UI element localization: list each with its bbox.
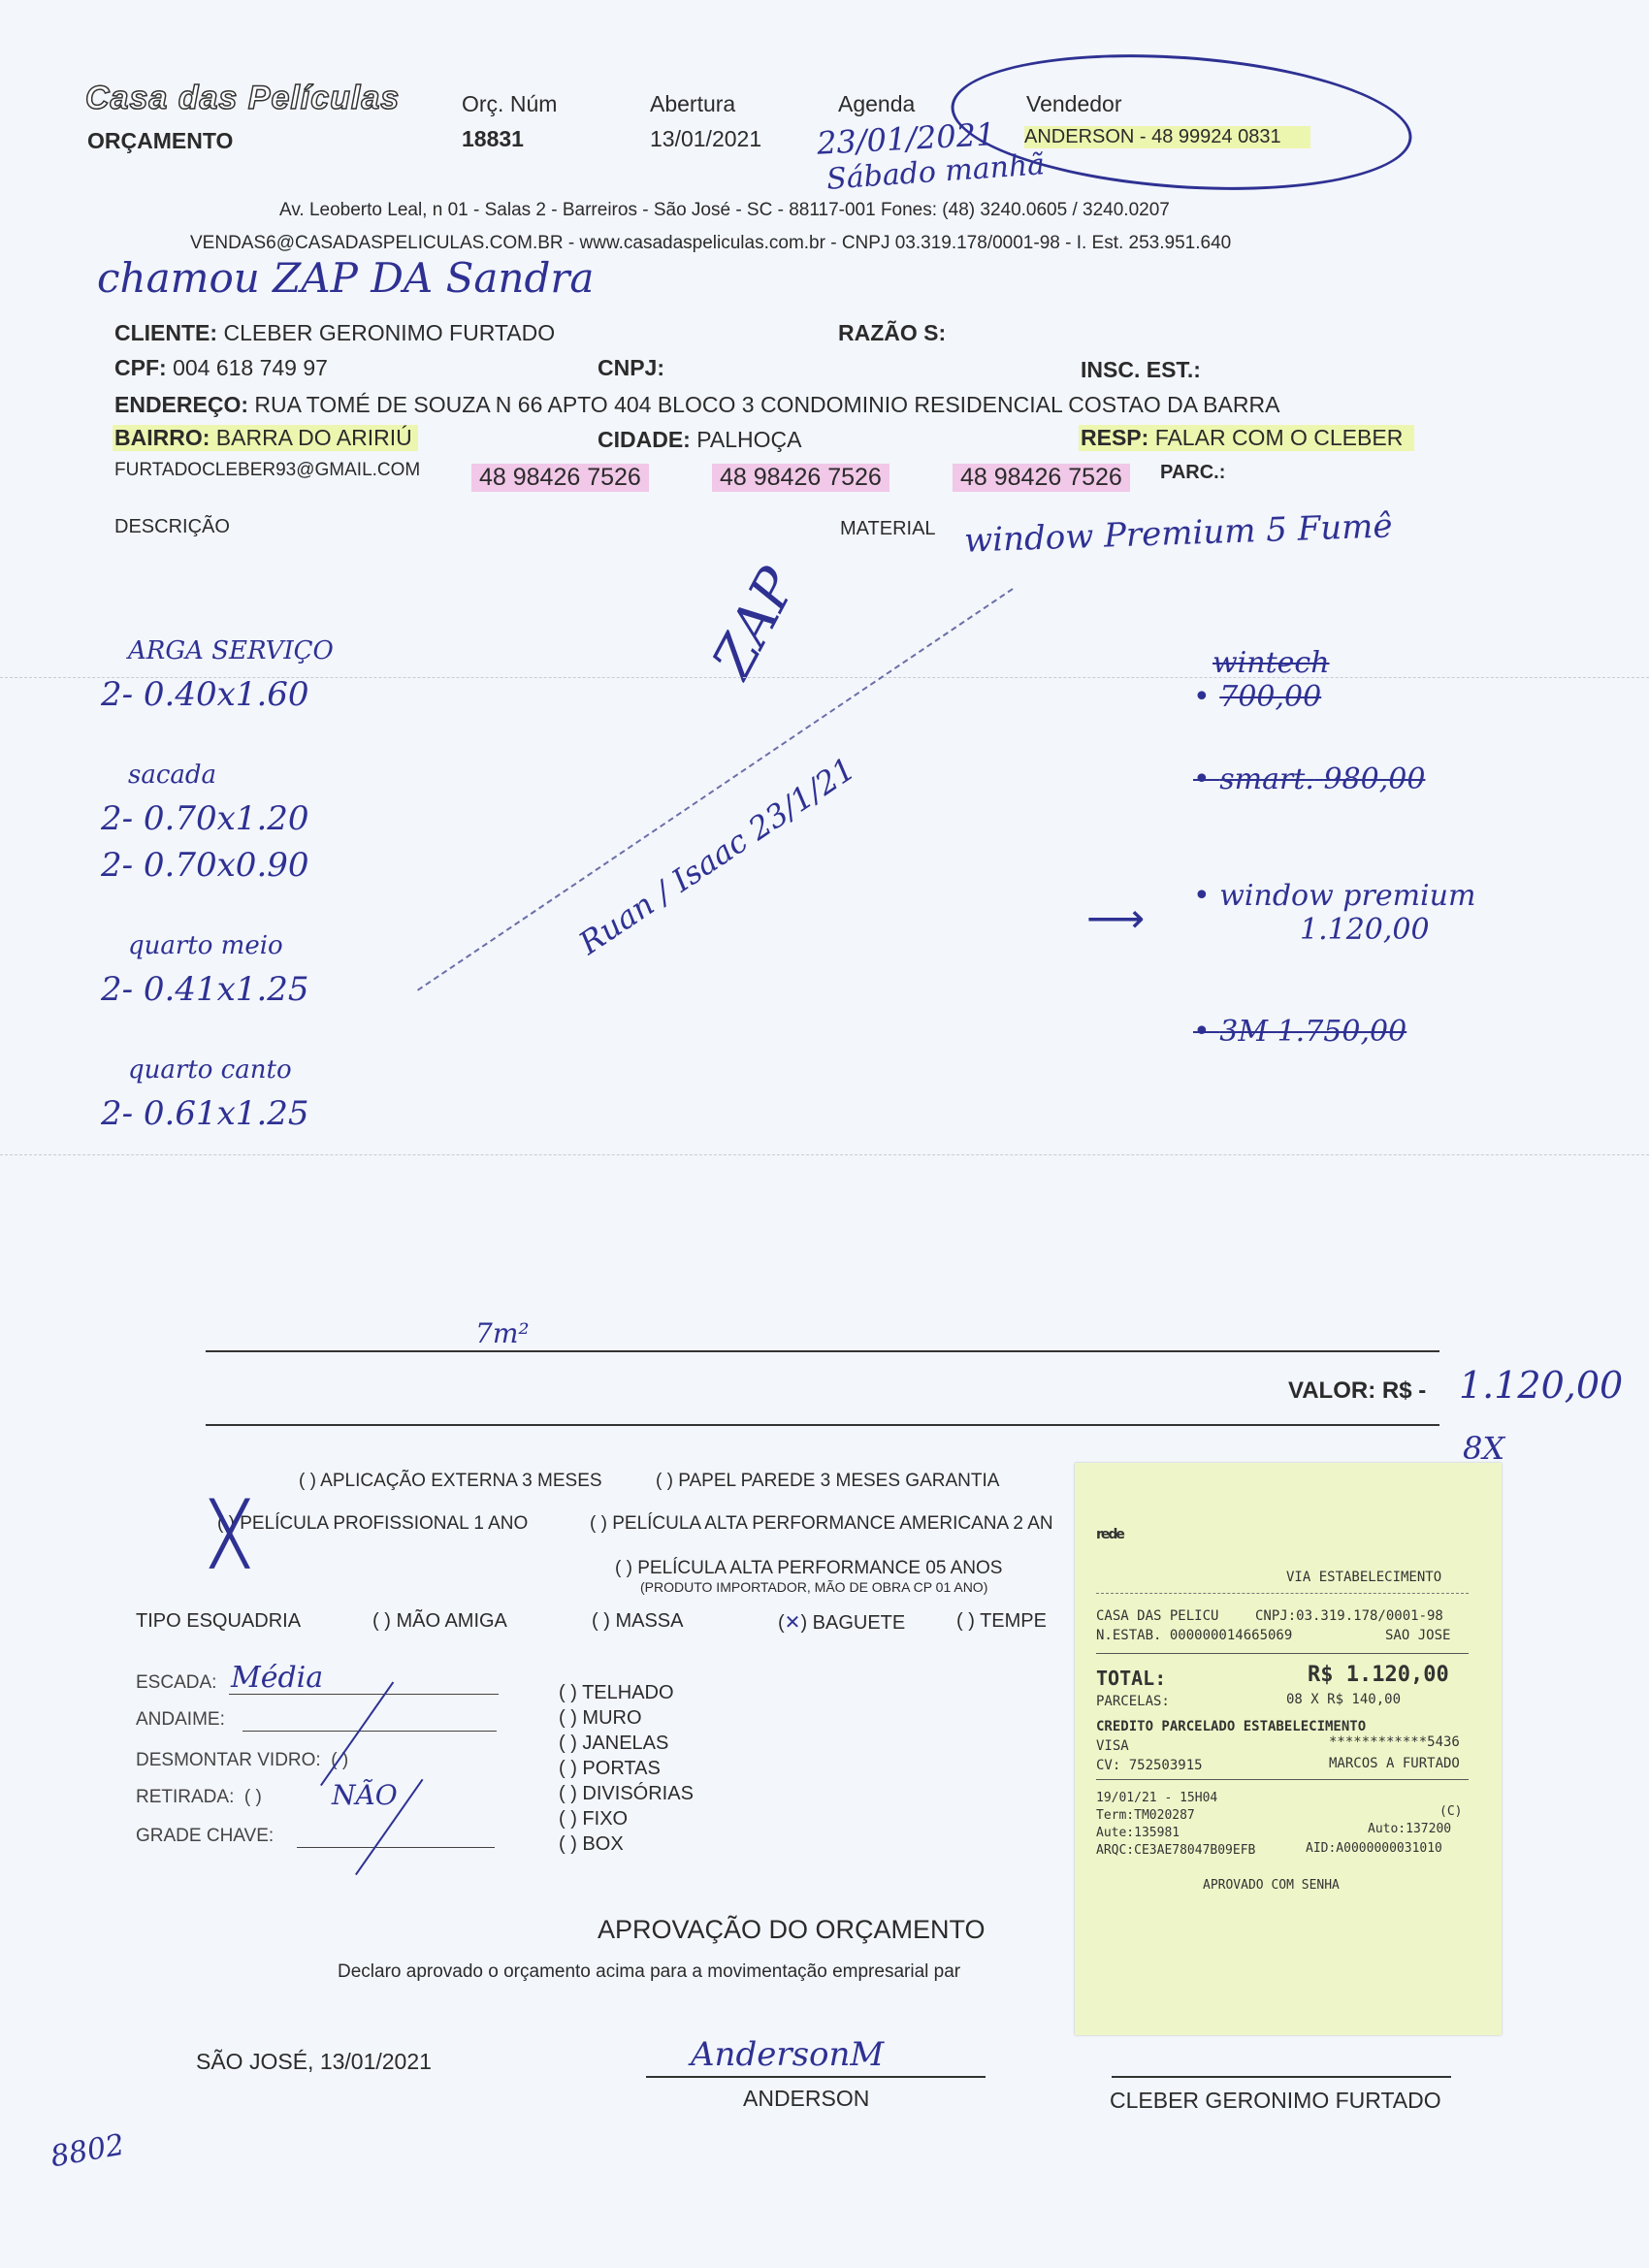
option-name: 3M <box>1219 1015 1268 1049</box>
resp-value: FALAR COM O CLEBER <box>1155 425 1404 450</box>
seller-sign-line <box>646 2076 986 2078</box>
option-name: smart. <box>1219 762 1314 796</box>
material-hand: window Premium 5 Fumê <box>963 506 1393 560</box>
resp-row: RESP: FALAR COM O CLEBER <box>1079 425 1414 451</box>
seller-name: ANDERSON <box>743 2086 869 2112</box>
receipt-cnpj: CNPJ:03.319.178/0001-98 <box>1255 1608 1443 1624</box>
receipt-merchant: CASA DAS PELICU <box>1096 1608 1218 1624</box>
esquadria-option-label: TEMPE <box>980 1610 1047 1632</box>
receipt-status: APROVADO COM SENHA <box>1203 1878 1340 1893</box>
warranty-label: PELÍCULA PROFISSIONAL 1 ANO <box>240 1513 528 1534</box>
escada-hand: Média <box>231 1661 323 1695</box>
top-note-hand: chamou ZAP DA Sandra <box>97 254 594 302</box>
orc-label: Orç. Núm <box>462 91 557 117</box>
location-check[interactable]: ( ) FIXO <box>559 1806 694 1831</box>
location-check[interactable]: ( ) JANELAS <box>559 1731 694 1756</box>
card-receipt: rede VIA ESTABELECIMENTO CASA DAS PELICU… <box>1075 1463 1502 2035</box>
location-check[interactable]: ( ) TELHADO <box>559 1680 694 1705</box>
measurement-item: 2- 0.70x1.20 <box>101 799 309 838</box>
esquadria-label: TIPO ESQUADRIA <box>136 1610 301 1633</box>
esquadria-temperado[interactable]: ( ) TEMPE <box>956 1610 1047 1633</box>
option-name: window premium <box>1219 879 1475 913</box>
room-label: quarto canto <box>128 1055 292 1085</box>
vendedor-value: ANDERSON - 48 99924 0831 <box>1024 126 1310 148</box>
room-label: ARGA SERVIÇO <box>128 636 334 665</box>
receipt-via: VIA ESTABELECIMENTO <box>1286 1570 1441 1585</box>
vendedor-label: Vendedor <box>1026 91 1121 117</box>
approval-title: APROVAÇÃO DO ORÇAMENTO <box>598 1915 986 1945</box>
orc-number: 18831 <box>462 126 524 152</box>
warranty-option-1[interactable]: ( ) APLICAÇÃO EXTERNA 3 MESES <box>299 1471 602 1492</box>
option-price: 1.120,00 <box>1193 913 1430 947</box>
location-check[interactable]: ( ) DIVISÓRIAS <box>559 1781 694 1806</box>
option-price: 1.750,00 <box>1277 1015 1407 1049</box>
receipt-aid: AID:A0000000031010 <box>1306 1841 1442 1856</box>
warranty-option-2[interactable]: ( ) PAPEL PAREDE 3 MESES GARANTIA <box>656 1471 999 1492</box>
bairro-row: BAIRRO: BARRA DO ARIRIÚ <box>113 425 418 451</box>
price-option: • 3M 1.750,00 <box>1193 1015 1406 1049</box>
room-label: sacada <box>128 761 216 790</box>
retirada-label: RETIRADA: ( ) <box>136 1787 262 1808</box>
receipt-holder: MARCOS A FURTADO <box>1329 1756 1460 1771</box>
desc-line-2 <box>206 1424 1439 1426</box>
page-fold-line-2 <box>0 1154 1649 1156</box>
esquadria-option-label: BAGUETE <box>813 1612 906 1634</box>
razao-label: RAZÃO S: <box>838 320 946 346</box>
room-label: quarto meio <box>128 931 283 960</box>
warranty-option-4[interactable]: ( ) PELÍCULA ALTA PERFORMANCE AMERICANA … <box>590 1513 1053 1535</box>
receipt-term: Term:TM020287 <box>1096 1808 1195 1823</box>
bairro-label: BAIRRO: <box>114 425 210 450</box>
escada-label: ESCADA: <box>136 1672 216 1694</box>
seller-signature: AndersonM <box>691 2035 884 2074</box>
corner-scribble: 8802 <box>48 2128 127 2175</box>
valor-hand: 1.120,00 <box>1459 1364 1623 1407</box>
phone-3: 48 98426 7526 <box>953 464 1130 492</box>
insc-label: INSC. EST.: <box>1081 357 1201 383</box>
price-option: • smart. 980,00 <box>1193 762 1425 796</box>
receipt-card-brand: VISA <box>1096 1738 1129 1754</box>
receipt-divider <box>1096 1593 1469 1595</box>
receipt-auto: Auto:137200 <box>1368 1822 1451 1836</box>
cidade-value: PALHOÇA <box>696 427 801 452</box>
endereco-row: ENDEREÇO: RUA TOMÉ DE SOUZA N 66 APTO 40… <box>114 392 1279 418</box>
warranty-option-5[interactable]: ( ) PELÍCULA ALTA PERFORMANCE 05 ANOS <box>615 1558 1002 1579</box>
warranty-label: PELÍCULA ALTA PERFORMANCE AMERICANA 2 AN <box>612 1513 1052 1534</box>
warranty-option-3[interactable]: ( ) PELÍCULA PROFISSIONAL 1 ANO <box>217 1513 528 1535</box>
warranty-label: PAPEL PAREDE 3 MESES GARANTIA <box>678 1471 999 1491</box>
receipt-parcelas-value: 08 X R$ 140,00 <box>1286 1692 1401 1707</box>
cpf-value: 004 618 749 97 <box>173 355 328 380</box>
retirada-text: RETIRADA: <box>136 1787 234 1807</box>
receipt-total-value: R$ 1.120,00 <box>1308 1663 1449 1687</box>
checked-x-mark: ✕ <box>785 1610 801 1634</box>
location-check[interactable]: ( ) BOX <box>559 1831 694 1857</box>
company-logo: Casa das Películas <box>85 80 400 117</box>
desmontar-text: DESMONTAR VIDRO: <box>136 1750 321 1770</box>
cpf-row: CPF: 004 618 749 97 <box>114 355 328 381</box>
receipt-arqc: ARQC:CE3AE78047B09EFB <box>1096 1843 1255 1858</box>
desc-line-1 <box>206 1350 1439 1352</box>
grade-label: GRADE CHAVE: <box>136 1826 274 1847</box>
receipt-city: SAO JOSE <box>1385 1628 1450 1643</box>
client-sign-line <box>1112 2076 1451 2078</box>
measurement-item: 2- 0.61x1.25 <box>101 1094 309 1133</box>
option-price: 980,00 <box>1323 762 1425 796</box>
arrow-icon: ⟶ <box>1086 894 1145 942</box>
receipt-estab: N.ESTAB. 000000014665069 <box>1096 1628 1292 1643</box>
esquadria-option-label: MASSA <box>615 1610 683 1632</box>
location-check-list: ( ) TELHADO( ) MURO( ) JANELAS( ) PORTAS… <box>559 1680 694 1857</box>
valor-label: VALOR: R$ - <box>1288 1377 1426 1405</box>
cpf-label: CPF: <box>114 355 167 380</box>
receipt-type: CREDITO PARCELADO ESTABELECIMENTO <box>1096 1719 1366 1734</box>
receipt-total-label: TOTAL: <box>1096 1667 1166 1690</box>
receipt-datetime: 19/01/21 - 15H04 <box>1096 1791 1217 1805</box>
descricao-label: DESCRIÇÃO <box>114 516 230 538</box>
abertura-label: Abertura <box>650 91 735 117</box>
esquadria-massa[interactable]: ( ) MASSA <box>592 1610 683 1633</box>
strike-slash-1 <box>320 1682 394 1787</box>
receipt-divider <box>1096 1653 1469 1654</box>
receipt-cv: CV: 752503915 <box>1096 1758 1203 1773</box>
receipt-parcelas-label: PARCELAS: <box>1096 1694 1170 1709</box>
measurement-item: 2- 0.40x1.60 <box>101 675 309 714</box>
company-address: Av. Leoberto Leal, n 01 - Salas 2 - Barr… <box>279 200 1170 221</box>
receipt-divider <box>1096 1779 1469 1780</box>
agenda-label: Agenda <box>838 91 915 117</box>
phone-1: 48 98426 7526 <box>471 464 649 492</box>
resp-label: RESP: <box>1081 425 1148 450</box>
client-email: FURTADOCLEBER93@GMAIL.COM <box>114 460 420 481</box>
cliente-value: CLEBER GERONIMO FURTADO <box>223 320 555 345</box>
cliente-label: CLIENTE: <box>114 320 217 345</box>
andaime-label: ANDAIME: <box>136 1709 225 1731</box>
receipt-card-number: ************5436 <box>1329 1734 1460 1750</box>
zap-note-hand: ZAP <box>700 559 809 689</box>
warranty-label: APLICAÇÃO EXTERNA 3 MESES <box>320 1471 601 1491</box>
warranty-label: PELÍCULA ALTA PERFORMANCE 05 ANOS <box>637 1558 1002 1578</box>
location-check[interactable]: ( ) PORTAS <box>559 1756 694 1781</box>
phone-2: 48 98426 7526 <box>712 464 889 492</box>
cidade-row: CIDADE: PALHOÇA <box>598 427 801 453</box>
parc-label: PARC.: <box>1160 462 1225 484</box>
measurement-item: 2- 0.41x1.25 <box>101 970 309 1009</box>
measurement-item: 2- 0.70x0.90 <box>101 846 309 885</box>
grade-underline <box>297 1847 495 1848</box>
desmontar-label: DESMONTAR VIDRO: ( ) <box>136 1750 348 1771</box>
cliente-row: CLIENTE: CLEBER GERONIMO FURTADO <box>114 320 555 346</box>
receipt-aute: Aute:135981 <box>1096 1826 1180 1840</box>
rede-logo: rede <box>1096 1527 1123 1542</box>
cnpj-label: CNPJ: <box>598 355 664 381</box>
esquadria-option-label: MÃO AMIGA <box>396 1610 506 1632</box>
cidade-label: CIDADE: <box>598 427 691 452</box>
esquadria-mao-amiga[interactable]: ( ) MÃO AMIGA <box>372 1610 507 1633</box>
abertura-date: 13/01/2021 <box>650 126 761 152</box>
area-hand: 7m² <box>475 1317 530 1349</box>
endereco-label: ENDEREÇO: <box>114 392 248 417</box>
warranty-note: (PRODUTO IMPORTADOR, MÃO DE OBRA CP 01 A… <box>640 1579 987 1595</box>
checked-x-mark: ╳ <box>211 1498 247 1569</box>
option-name: wintech <box>1193 646 1330 680</box>
esquadria-baguete[interactable]: (✕) BAGUETE <box>778 1610 905 1635</box>
receipt-c-flag: (C) <box>1439 1804 1462 1819</box>
parcelas-hand: 8X <box>1463 1430 1504 1467</box>
andaime-underline <box>242 1731 497 1732</box>
price-option: • window premium1.120,00 <box>1193 879 1475 947</box>
retirada-hand: NÃO <box>332 1779 398 1811</box>
endereco-value: RUA TOMÉ DE SOUZA N 66 APTO 404 BLOCO 3 … <box>254 392 1279 417</box>
price-option: wintech• 700,00 <box>1193 646 1330 714</box>
option-price: 700,00 <box>1219 680 1321 714</box>
bairro-value: BARRA DO ARIRIÚ <box>216 425 412 450</box>
approval-text: Declaro aprovado o orçamento acima para … <box>338 1961 960 1983</box>
doc-type: ORÇAMENTO <box>87 128 233 154</box>
company-contact: VENDAS6@CASADASPELICULAS.COM.BR - www.ca… <box>190 233 1231 254</box>
client-sign-name: CLEBER GERONIMO FURTADO <box>1110 2088 1441 2114</box>
place-date: SÃO JOSÉ, 13/01/2021 <box>196 2049 432 2075</box>
location-check[interactable]: ( ) MURO <box>559 1705 694 1731</box>
material-label: MATERIAL <box>840 518 936 540</box>
